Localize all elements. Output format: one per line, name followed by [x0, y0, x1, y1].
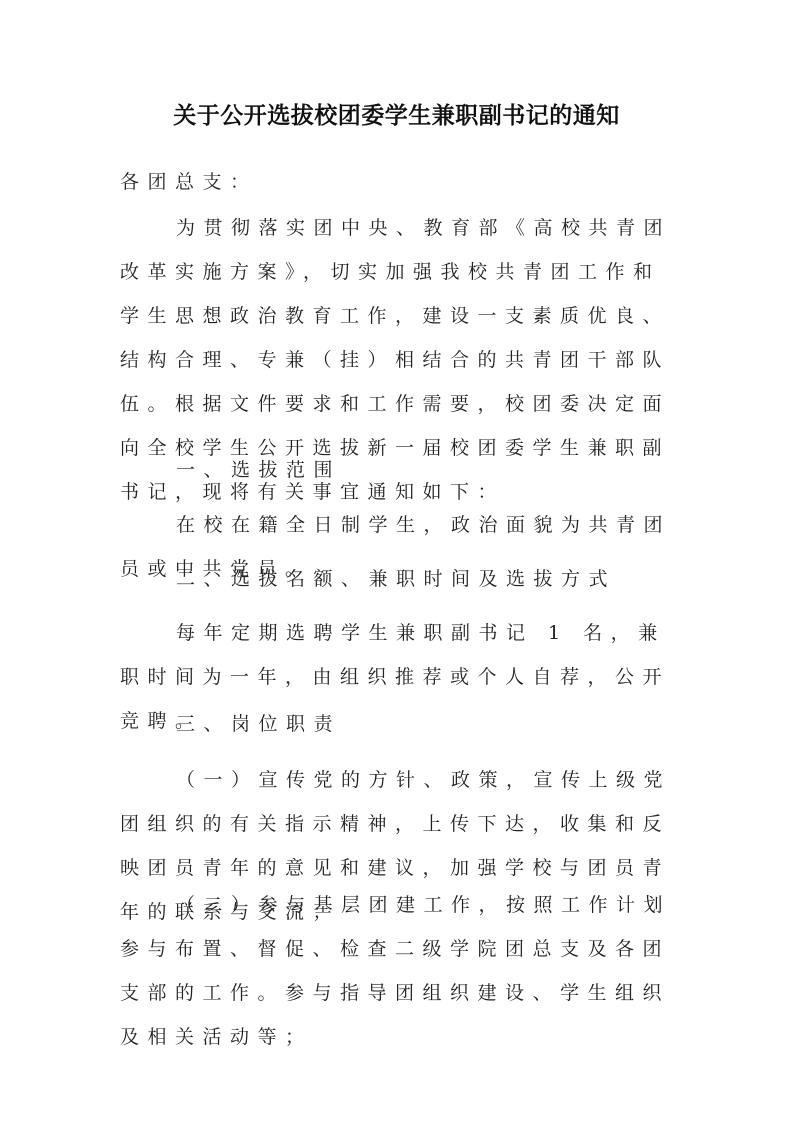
duty-item-2: （二）参与基层团建工作，按照工作计划参与布置、督促、检查二级学院团总支及各团支部…: [120, 883, 682, 1059]
document-page: 关于公开选拔校团委学生兼职副书记的通知 各团总支： 为贯彻落实团中央、教育部《高…: [0, 0, 793, 1122]
section-heading-quota: 二、选拔名额、兼职时间及选拔方式: [120, 557, 682, 601]
section-heading-duties: 三、岗位职责: [120, 702, 682, 746]
section-heading-scope: 一、选拔范围: [120, 448, 682, 492]
document-title: 关于公开选拔校团委学生兼职副书记的通知: [0, 96, 793, 136]
salutation: 各团总支：: [120, 160, 682, 204]
